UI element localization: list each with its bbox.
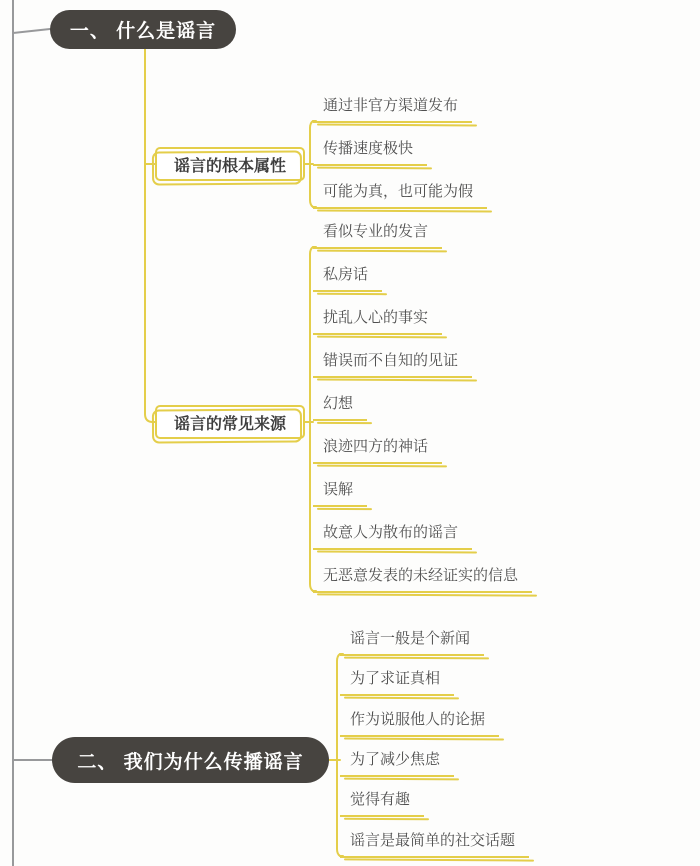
topic-why-we-spread-rumors[interactable]: 二、 我们为什么传播谣言 bbox=[52, 737, 329, 783]
leaf-may-be-true-or-false[interactable]: 可能为真，也可能为假 bbox=[313, 180, 487, 209]
leaf-wandering-myths[interactable]: 浪迹四方的神话 bbox=[313, 435, 442, 464]
leaf-disturbing-facts[interactable]: 扰乱人心的事实 bbox=[313, 306, 442, 335]
leaf-simplest-social-topic[interactable]: 谣言是最简单的社交话题 bbox=[340, 829, 529, 858]
leaf-private-talk[interactable]: 私房话 bbox=[313, 263, 382, 292]
leaf-find-it-fun[interactable]: 觉得有趣 bbox=[340, 788, 424, 817]
leaf-fantasy[interactable]: 幻想 bbox=[313, 392, 367, 421]
topic-what-is-rumor[interactable]: 一、 什么是谣言 bbox=[50, 10, 236, 49]
leaf-to-reduce-anxiety[interactable]: 为了减少焦虑 bbox=[340, 748, 454, 777]
leaf-to-verify-the-truth[interactable]: 为了求证真相 bbox=[340, 667, 454, 696]
leaf-misunderstanding[interactable]: 误解 bbox=[313, 478, 367, 507]
branch-rumor-fundamental-attributes[interactable]: 谣言的根本属性 bbox=[155, 147, 305, 181]
root-spine bbox=[13, 0, 52, 866]
leaf-rumor-is-usually-news[interactable]: 谣言一般是个新闻 bbox=[340, 627, 484, 656]
leaf-seemingly-professional-statements[interactable]: 看似专业的发言 bbox=[313, 220, 442, 249]
mindmap-canvas: 一、 什么是谣言 谣言的根本属性 通过非官方渠道发布 传播速度极快 可能为真，也… bbox=[0, 0, 700, 866]
leaf-unverified-info-without-malice[interactable]: 无恶意发表的未经证实的信息 bbox=[313, 564, 532, 593]
leaf-deliberately-spread-rumors[interactable]: 故意人为散布的谣言 bbox=[313, 521, 472, 550]
branch-common-sources-of-rumors[interactable]: 谣言的常见来源 bbox=[155, 405, 305, 439]
leaf-spreads-extremely-fast[interactable]: 传播速度极快 bbox=[313, 137, 427, 166]
leaf-published-unofficial-channels[interactable]: 通过非官方渠道发布 bbox=[313, 94, 472, 123]
leaf-argument-to-persuade-others[interactable]: 作为说服他人的论据 bbox=[340, 708, 499, 737]
leaf-unknowing-false-testimony[interactable]: 错误而不自知的见证 bbox=[313, 349, 472, 378]
